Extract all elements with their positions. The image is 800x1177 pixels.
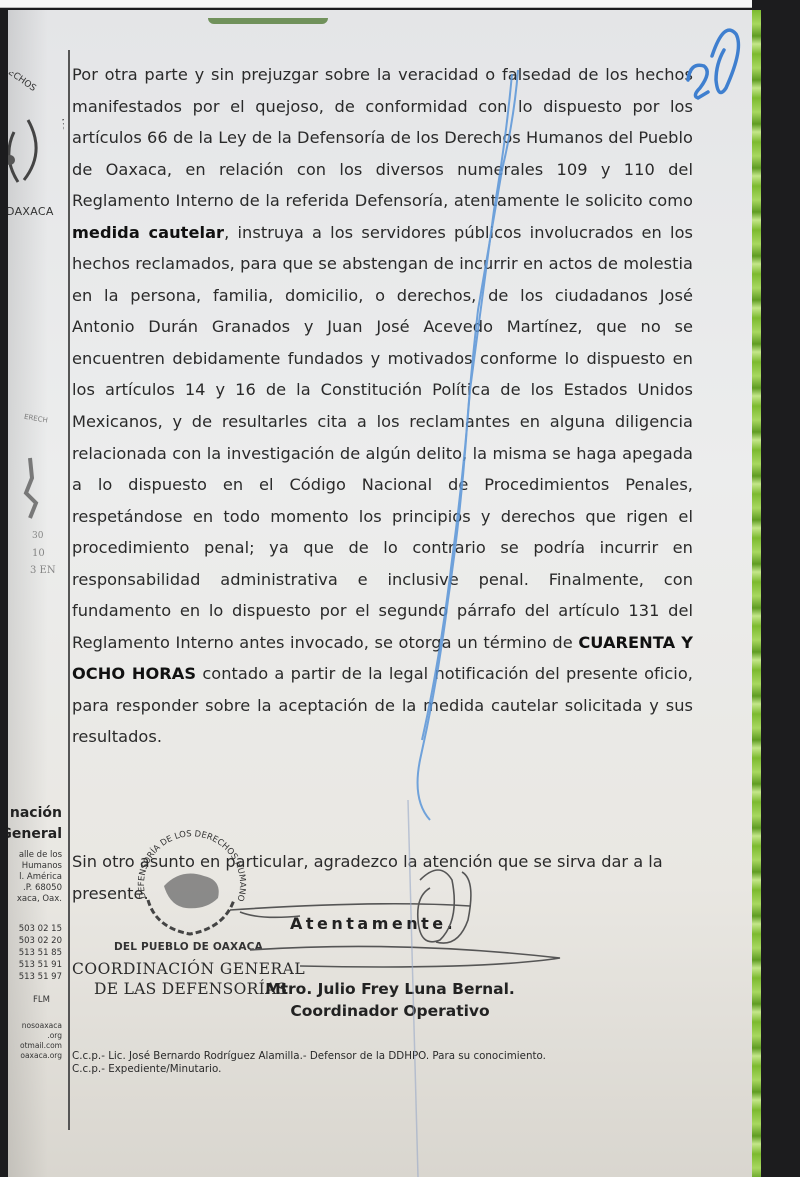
stamp-line-3: DE LAS DEFENSORÍAS: [94, 980, 287, 998]
background-leaf: [208, 18, 328, 24]
top-bar: [0, 0, 752, 8]
letter-body: Por otra parte y sin prejuzgar sobre la …: [72, 59, 693, 753]
sign-off: Atentamente.: [290, 914, 456, 933]
emblem-icon: ECHOS HUMANOS: [8, 72, 64, 192]
signer-name: Mtro. Julio Frey Luna Bernal.: [260, 978, 520, 1000]
sidebar-initials: FLM: [33, 995, 50, 1005]
sidebar-coordination-title: nación General: [8, 803, 62, 845]
signer-block: Mtro. Julio Frey Luna Bernal. Coordinado…: [260, 978, 520, 1022]
emphasized-text: medida cautelar: [72, 223, 224, 242]
document-page: ECHOS HUMANOS DAXACA ERECH 30 10 3 EN na…: [8, 10, 752, 1177]
svg-text:ECHOS: ECHOS: [8, 72, 38, 94]
stamp-line-1: DEL PUEBLO DE OAXACA: [114, 941, 263, 953]
signer-title: Coordinador Operativo: [260, 1000, 520, 1022]
sidebar-phones: 503 02 15 503 02 20 513 51 85 513 51 91 …: [19, 923, 62, 983]
carbon-copy: C.c.p.- Lic. José Bernardo Rodríguez Ala…: [72, 1050, 546, 1076]
sidebar-web: nosoaxaca .org otmail.com oaxaca.org: [20, 1021, 62, 1061]
body-text-run: Por otra parte y sin prejuzgar sobre la …: [72, 65, 693, 210]
body-text-run: , instruya a los servidores públicos inv…: [72, 223, 693, 652]
sidebar-city: DAXACA: [8, 205, 54, 218]
official-seal-icon: DEFENSORÍA DE LOS DERECHOS HUMANOS: [126, 828, 256, 943]
stamp-fragment-icon: ERECH 30 10 3 EN: [8, 408, 62, 578]
svg-text:10: 10: [32, 548, 45, 559]
svg-text:3 EN: 3 EN: [30, 565, 56, 576]
svg-text:30: 30: [32, 531, 44, 541]
stamp-line-2: COORDINACIÓN GENERAL: [72, 960, 305, 978]
sidebar-address: alle de los Humanos l. América .P. 68050…: [17, 850, 62, 905]
svg-text:HUMANOS: HUMANOS: [59, 117, 64, 165]
cc-line: C.c.p.- Lic. José Bernardo Rodríguez Ala…: [72, 1050, 546, 1063]
letterhead-sidebar: ECHOS HUMANOS DAXACA ERECH 30 10 3 EN na…: [8, 10, 66, 1177]
background-leaf-strip: [752, 10, 761, 1177]
cc-line: C.c.p.- Expediente/Minutario.: [72, 1063, 546, 1076]
margin-rule: [68, 50, 70, 1130]
svg-text:ERECH: ERECH: [23, 413, 48, 425]
body-paragraph: Por otra parte y sin prejuzgar sobre la …: [72, 59, 693, 753]
